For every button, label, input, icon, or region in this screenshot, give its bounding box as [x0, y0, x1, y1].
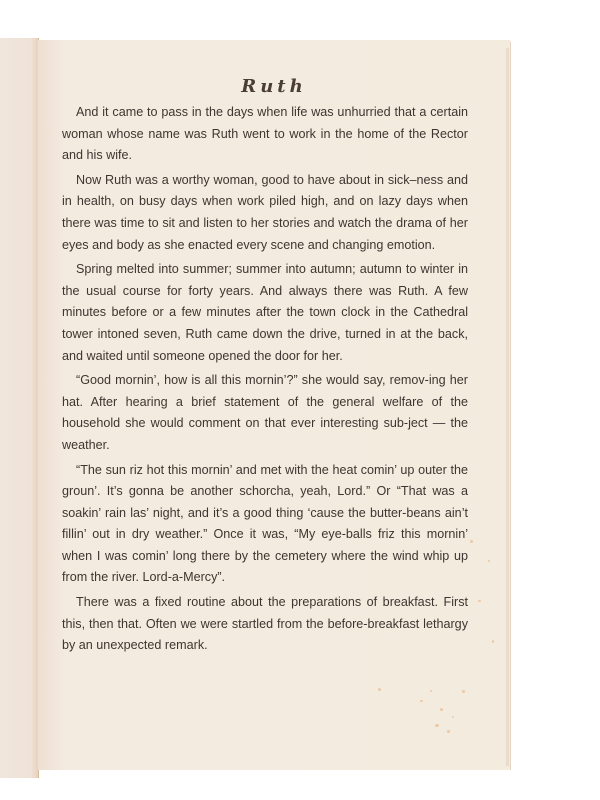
facing-left-page: [0, 38, 39, 778]
chapter-title: Ruth: [38, 76, 510, 97]
paragraph-1: And it came to pass in the days when lif…: [62, 102, 468, 167]
paragraph-6: There was a fixed routine about the prep…: [62, 592, 468, 657]
paragraph-2: Now Ruth was a worthy woman, good to hav…: [62, 170, 468, 256]
page-body: And it came to pass in the days when lif…: [62, 102, 468, 660]
page-edge: [506, 48, 509, 766]
paragraph-4: “Good mornin’, how is all this mornin’?”…: [62, 370, 468, 456]
paragraph-5: “The sun riz hot this mornin’ and met wi…: [62, 460, 468, 590]
paragraph-3: Spring melted into summer; summer into a…: [62, 259, 468, 367]
